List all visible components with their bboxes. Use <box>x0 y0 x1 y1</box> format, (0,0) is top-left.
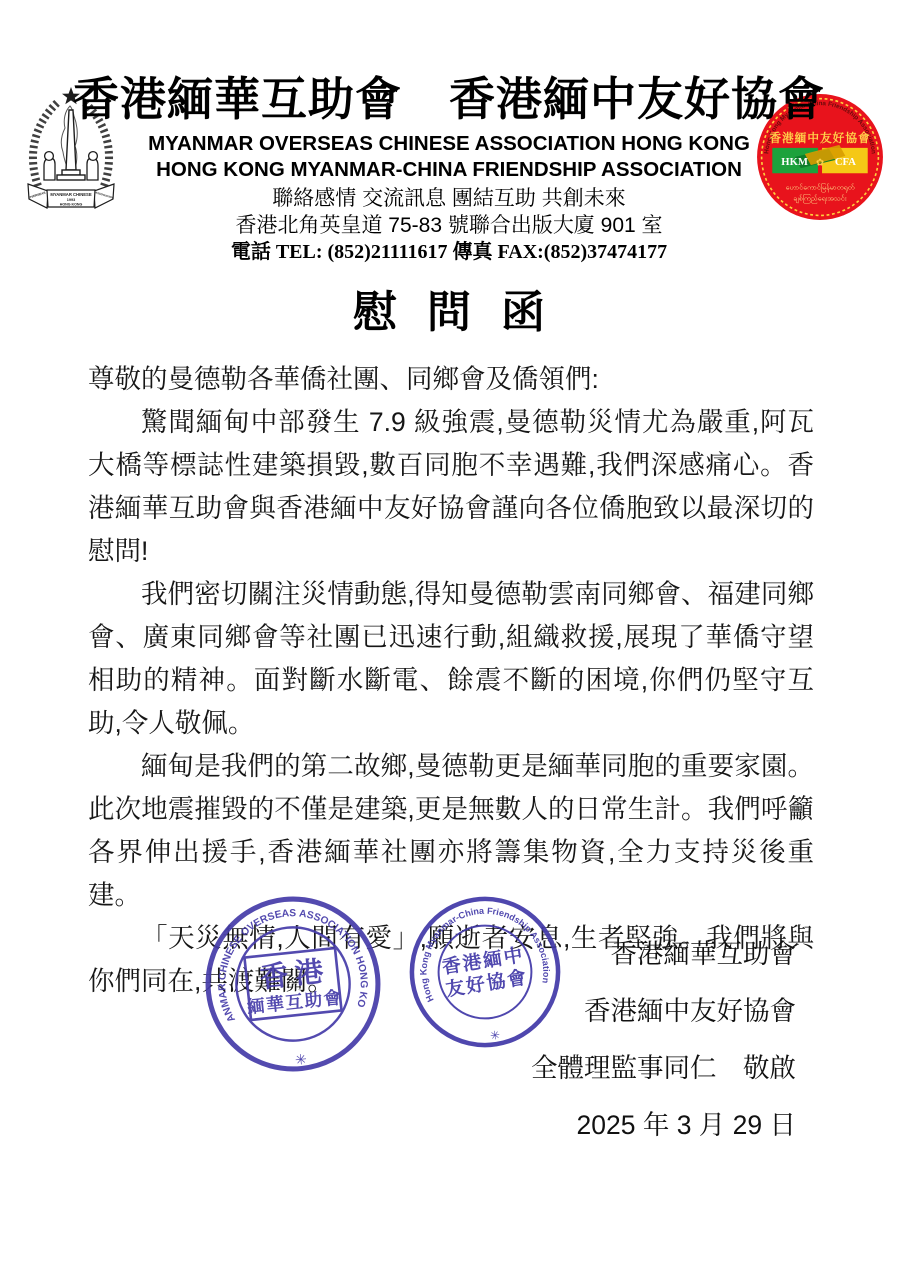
moca-stamp-star-icon: ✳ <box>294 1051 308 1068</box>
letter-title: 慰問函 <box>0 276 898 340</box>
english-name-1: MYANMAR OVERSEAS CHINESE ASSOCIATION HON… <box>0 131 898 157</box>
signature-org-2: 香港緬中友好協會 <box>531 983 796 1040</box>
hkmcfa-stamp-star-icon: ✳ <box>489 1028 501 1043</box>
signature-date: 2025 年 3 月 29 日 <box>531 1097 796 1154</box>
english-name-2: HONG KONG MYANMAR-CHINA FRIENDSHIP ASSOC… <box>0 157 898 183</box>
moca-stamp: MYANMAR CHINESE OVERSEAS ASSOCIATION HON… <box>193 884 393 1084</box>
signature-signers: 全體理監事同仁 敬啟 <box>531 1040 796 1097</box>
signature-org-1: 香港緬華互助會 <box>531 926 796 983</box>
paragraph-2: 我們密切關注災情動態,得知曼德勒雲南同鄉會、福建同鄉會、廣東同鄉會等社團已迅速行… <box>88 573 814 745</box>
salutation: 尊敬的曼德勒各華僑社團、同鄉會及僑領們: <box>88 358 814 401</box>
contact-line: 電話 TEL: (852)21111617 傳真 FAX:(852)374741… <box>0 239 898 266</box>
motto: 聯絡感情 交流訊息 團結互助 共創未來 <box>0 185 898 212</box>
paragraph-3: 緬甸是我們的第二故鄉,曼德勒更是緬華同胞的重要家園。此次地震摧毀的不僅是建築,更… <box>88 745 814 917</box>
letter-page: MYANMAR CHINESE 1993 HONG KONG OVERSEAS … <box>0 0 898 1280</box>
org-title: 香港緬華互助會 香港緬中友好協會 <box>0 74 898 126</box>
paragraph-1: 驚聞緬甸中部發生 7.9 級強震,曼德勒災情尤為嚴重,阿瓦大橋等標誌性建築損毀,… <box>88 401 814 573</box>
address: 香港北角英皇道 75-83 號聯合出版大廈 901 室 <box>0 212 898 239</box>
letterhead: 香港緬華互助會 香港緬中友好協會 MYANMAR OVERSEAS CHINES… <box>0 0 898 266</box>
signature-block: 香港緬華互助會 香港緬中友好協會 全體理監事同仁 敬啟 2025 年 3 月 2… <box>531 926 796 1154</box>
